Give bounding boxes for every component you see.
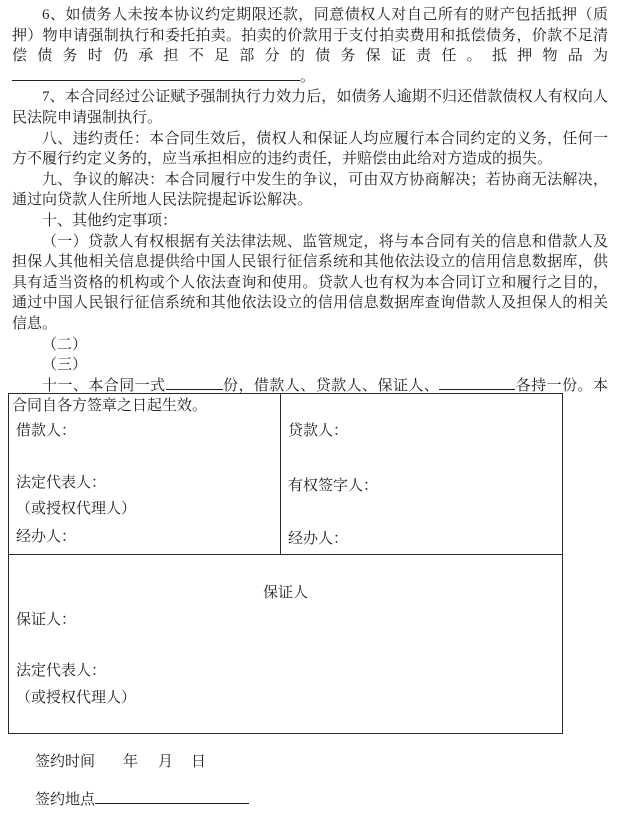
clause-11-after-blank: 份， [223, 378, 254, 394]
lender-signature-cell: 贷款人： 有权签字人： 经办人： [281, 394, 562, 555]
copies-count-blank-line [166, 376, 223, 390]
clause-11-guarantor-underlined: 保证人 [378, 378, 424, 394]
clause-11-separator: 、 [362, 378, 377, 394]
clause-9: 九、争议的解决：本合同履行中发生的争议，可由双方协商解决；若协商无法解决，通过向… [12, 170, 608, 211]
clause-10-heading: 十、其他约定事项： [12, 211, 608, 232]
clause-6: 6、如债务人未按本协议约定期限还款，同意债权人对自己所有的财产包括抵押（质押）物… [12, 5, 608, 87]
lender-handler-label: 经办人： [288, 527, 348, 548]
clause-6-text: 6、如债务人未按本协议约定期限还款，同意债权人对自己所有的财产包括抵押（质押）物… [12, 7, 608, 64]
lender-label: 贷款人： [288, 419, 348, 440]
borrower-legal-rep-label: 法定代表人： [16, 471, 106, 492]
clause-10-item-2: （二） [12, 335, 608, 356]
day-label: 日 [191, 754, 206, 770]
clause-6-period: 。 [300, 69, 315, 85]
guarantor-label: 保证人： [16, 608, 76, 629]
lender-signer-label: 有权签字人： [288, 474, 378, 495]
clause-11-lender-underlined: 贷款人 [316, 378, 362, 394]
signing-place-label: 签约地点 [35, 792, 95, 808]
contract-clauses: 6、如债务人未按本协议约定期限还款，同意债权人对自己所有的财产包括抵押（质押）物… [12, 5, 608, 417]
guarantor-signature-cell: 保证人 保证人： 法定代表人： （或授权代理人） [9, 556, 562, 733]
clause-10-item-1: （一）贷款人有权根据有关法律法规、监管规定，将与本合同有关的信息和借款人及担保人… [12, 232, 608, 335]
clause-11-separator: 、 [424, 378, 439, 394]
clause-8: 八、违约责任：本合同生效后，债权人和保证人均应履行本合同约定的义务，任何一方不履… [12, 129, 608, 170]
borrower-agent-alt-label: （或授权代理人） [16, 497, 136, 518]
clause-11-separator: 、 [300, 378, 315, 394]
contract-document-page: 6、如债务人未按本协议约定期限还款，同意债权人对自己所有的财产包括抵押（质押）物… [0, 0, 619, 824]
guarantor-cell-title: 保证人 [9, 581, 562, 602]
borrower-signature-cell: 借款人： 法定代表人： （或授权代理人） 经办人： [9, 394, 281, 555]
signature-table: 借款人： 法定代表人： （或授权代理人） 经办人： 贷款人： 有权签字人： 经办… [8, 393, 563, 734]
borrower-label: 借款人： [16, 419, 76, 440]
clause-11-borrower-underlined: 借款人 [254, 378, 300, 394]
year-label: 年 [123, 754, 138, 770]
mortgage-items-blank-line [12, 67, 300, 81]
clause-10-item-3: （三） [12, 355, 608, 376]
month-label: 月 [158, 754, 173, 770]
clause-11-lead: 十一、本合同一式 [42, 378, 166, 394]
clause-7: 7、本合同经过公证赋予强制执行力效力后，如债务人逾期不归还借款债权人有权向人民法… [12, 87, 608, 128]
guarantor-legal-rep-label: 法定代表人： [16, 659, 106, 680]
signing-place-row: 签约地点 [35, 788, 249, 809]
signing-time-row: 签约时间年月日 [35, 750, 206, 771]
guarantor-agent-alt-label: （或授权代理人） [16, 686, 136, 707]
signing-place-blank-line [95, 790, 249, 804]
signing-time-label: 签约时间 [35, 754, 95, 770]
other-holder-blank-line [439, 376, 515, 390]
borrower-handler-label: 经办人： [16, 525, 76, 546]
